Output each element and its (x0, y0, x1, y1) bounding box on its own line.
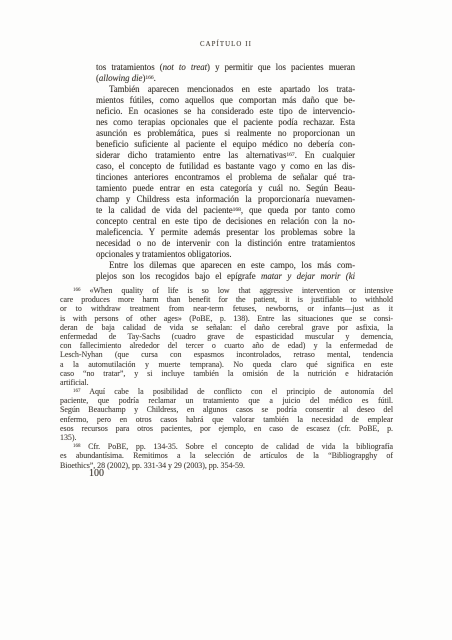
text-run: caso “no tratar”, y si incluye también l… (60, 369, 393, 378)
text-run: maleficencia. Y permite además presentar… (96, 227, 355, 237)
text-run: , que queda por tanto como (241, 205, 355, 215)
footnote-line: con fallecimiento alrededor del tercer o… (60, 341, 393, 350)
footnote-reference: 166 (145, 75, 153, 81)
body-line: concepto central en este tipo de decisio… (96, 216, 355, 227)
text-run: caso, el concepto de futilidad es bastan… (96, 161, 355, 171)
text-run: siderar dicho tratamiento entre las alte… (96, 150, 286, 160)
body-line: te la calidad de vida del paciente168, q… (96, 205, 355, 216)
text-run: tinciones anteriores encontramos el prob… (96, 172, 355, 182)
text-run: asunción es problemática, pues si realme… (96, 128, 355, 138)
footnote-line: deran de baja calidad de vida se señalan… (60, 323, 393, 332)
text-run: Bioethics”, 28 (2002), pp. 331-34 y 29 (… (60, 461, 245, 470)
text-run: opcionales y tratamientos obligatorios. (96, 249, 232, 259)
footnote-reference: 166 (73, 288, 80, 293)
footnote-line: or to withdraw treatment from near-term … (60, 304, 393, 313)
text-run: con fallecimiento alrededor del tercer o… (60, 341, 393, 350)
footnote-line: is with persons of other ages» (PoBE, p.… (60, 314, 393, 323)
body-line: tos tratamientos (not to treat) y permit… (96, 62, 355, 73)
text-run: Cfr. PoBE, pp. 134-35. Sobre el concepto… (80, 442, 393, 451)
body-line: neficio. En ocasiones se ha considerado … (96, 106, 355, 117)
body-line: siderar dicho tratamiento entre las alte… (96, 150, 355, 161)
text-run: or to withdraw treatment from near-term … (60, 304, 393, 313)
body-line: mientos fútiles, como aquellos que compo… (96, 95, 355, 106)
footnote-line: paciente, que podría reclamar un tratami… (60, 396, 393, 405)
text-run: tamiento puede entrar en esta categoría … (96, 183, 355, 193)
footnote-reference: 167 (286, 152, 294, 158)
body-line: asunción es problemática, pues si realme… (96, 128, 355, 139)
paragraph: tos tratamientos (not to treat) y permit… (96, 62, 355, 84)
body-line: nes como terapias opcionales que el paci… (96, 117, 355, 128)
text-run: beneficio suficiente al paciente el equi… (96, 139, 355, 149)
text-run: . En cualquier (295, 150, 355, 160)
footnote-line: care produces more harm than benefit for… (60, 295, 393, 304)
paragraph: 167 Aquí cabe la posibilidad de conflict… (60, 387, 393, 442)
text-run: deran de baja calidad de vida se señalan… (60, 323, 393, 332)
body-line: También aparecen mencionados en este apa… (96, 84, 355, 95)
footnote-line: 168 Cfr. PoBE, pp. 134-35. Sobre el conc… (60, 442, 393, 451)
text-run: not to treat (163, 62, 207, 72)
paragraph: 166 «When quality of life is so low that… (60, 286, 393, 387)
footnote-line: Bioethics”, 28 (2002), pp. 331-34 y 29 (… (60, 461, 393, 470)
text-run: enfermo, pero en otros casos habrá que v… (60, 415, 393, 424)
footnote-line: caso “no tratar”, y si incluye también l… (60, 369, 393, 378)
footnote-line: artificial. (60, 378, 393, 387)
body-line: caso, el concepto de futilidad es bastan… (96, 161, 355, 172)
footnote-line: Lesch-Nyhan (que cursa con espasmos inco… (60, 350, 393, 359)
body-line: opcionales y tratamientos obligatorios. (96, 249, 355, 260)
text-run: Lesch-Nyhan (que cursa con espasmos inco… (60, 350, 393, 359)
footnote-line: es abundantísima. Remitimos a la selecci… (60, 451, 393, 460)
text-run: care produces more harm than benefit for… (60, 295, 393, 304)
body-line: maleficencia. Y permite además presentar… (96, 227, 355, 238)
book-page: CAPÍTULO II tos tratamientos (not to tre… (0, 0, 452, 640)
page-number: 100 (89, 468, 104, 479)
text-run: es abundantísima. Remitimos a la selecci… (60, 451, 393, 460)
text-run: 135). (60, 433, 76, 442)
text-run: También aparecen mencionados en este apa… (109, 84, 355, 94)
body-line: Entre los dilemas que aparecen en este c… (96, 260, 355, 271)
body-line: tamiento puede entrar en esta categoría … (96, 183, 355, 194)
footnote-line: enfermedad de Tay-Sachs (cuadro grave de… (60, 332, 393, 341)
text-run: Entre los dilemas que aparecen en este c… (109, 260, 355, 270)
paragraph: Entre los dilemas que aparecen en este c… (96, 260, 355, 282)
footnote-reference: 167 (73, 389, 80, 394)
text-run: te la calidad de vida del paciente (96, 205, 233, 215)
footnote-line: 135). (60, 433, 393, 442)
footnotes: 166 «When quality of life is so low that… (60, 286, 393, 470)
text-run: mientos fútiles, como aquellos que compo… (96, 95, 355, 105)
paragraph: También aparecen mencionados en este apa… (96, 84, 355, 260)
footnote-line: esos recursos para otros pacientes, por … (60, 424, 393, 433)
text-run: concepto central en este tipo de decisio… (96, 216, 355, 226)
footnote-line: 167 Aquí cabe la posibilidad de conflict… (60, 387, 393, 396)
body-line: plejos son los recogidos bajo el epígraf… (96, 271, 355, 282)
body-text: tos tratamientos (not to treat) y permit… (96, 62, 355, 282)
body-line: tinciones anteriores encontramos el prob… (96, 172, 355, 183)
footnote-line: a la automutilación y muerte temprana). … (60, 360, 393, 369)
text-run: allowing die (99, 73, 143, 83)
chapter-running-head: CAPÍTULO II (0, 41, 452, 48)
footnote-line: Según Beauchamp y Childress, en algunos … (60, 405, 393, 414)
text-run: Según Beauchamp y Childress, en algunos … (60, 405, 393, 414)
footnote-reference: 168 (73, 444, 80, 449)
text-run: nes como terapias opcionales que el paci… (96, 117, 355, 127)
text-run: Aquí cabe la posibilidad de conflicto co… (80, 387, 393, 396)
body-line: necesidad o no de intervenir con la dist… (96, 238, 355, 249)
text-run: neficio. En ocasiones se ha considerado … (96, 106, 355, 116)
text-run: a la automutilación y muerte temprana). … (60, 360, 393, 369)
text-run: esos recursos para otros pacientes, por … (60, 424, 393, 433)
paragraph: 168 Cfr. PoBE, pp. 134-35. Sobre el conc… (60, 442, 393, 470)
text-run: necesidad o no de intervenir con la dist… (96, 238, 355, 248)
body-line: (allowing die)166. (96, 73, 355, 84)
text-run: artificial. (60, 378, 89, 387)
body-line: champ y Childress esta información la pr… (96, 194, 355, 205)
footnote-reference: 168 (233, 207, 241, 213)
text-run: matar y dejar morir (ki (261, 271, 355, 281)
footnote-line: enfermo, pero en otros casos habrá que v… (60, 415, 393, 424)
text-run: tos tratamientos ( (96, 62, 163, 72)
text-run: enfermedad de Tay-Sachs (cuadro grave de… (60, 332, 393, 341)
footnote-line: 166 «When quality of life is so low that… (60, 286, 393, 295)
text-run: is with persons of other ages» (PoBE, p.… (60, 314, 393, 323)
text-run: ) y permitir que los pacientes mueran (207, 62, 355, 72)
text-run: «When quality of life is so low that agg… (80, 286, 393, 295)
text-run: plejos son los recogidos bajo el epígraf… (96, 271, 261, 281)
text-run: champ y Childress esta información la pr… (96, 194, 355, 204)
text-run: paciente, que podría reclamar un tratami… (60, 396, 393, 405)
body-line: beneficio suficiente al paciente el equi… (96, 139, 355, 150)
